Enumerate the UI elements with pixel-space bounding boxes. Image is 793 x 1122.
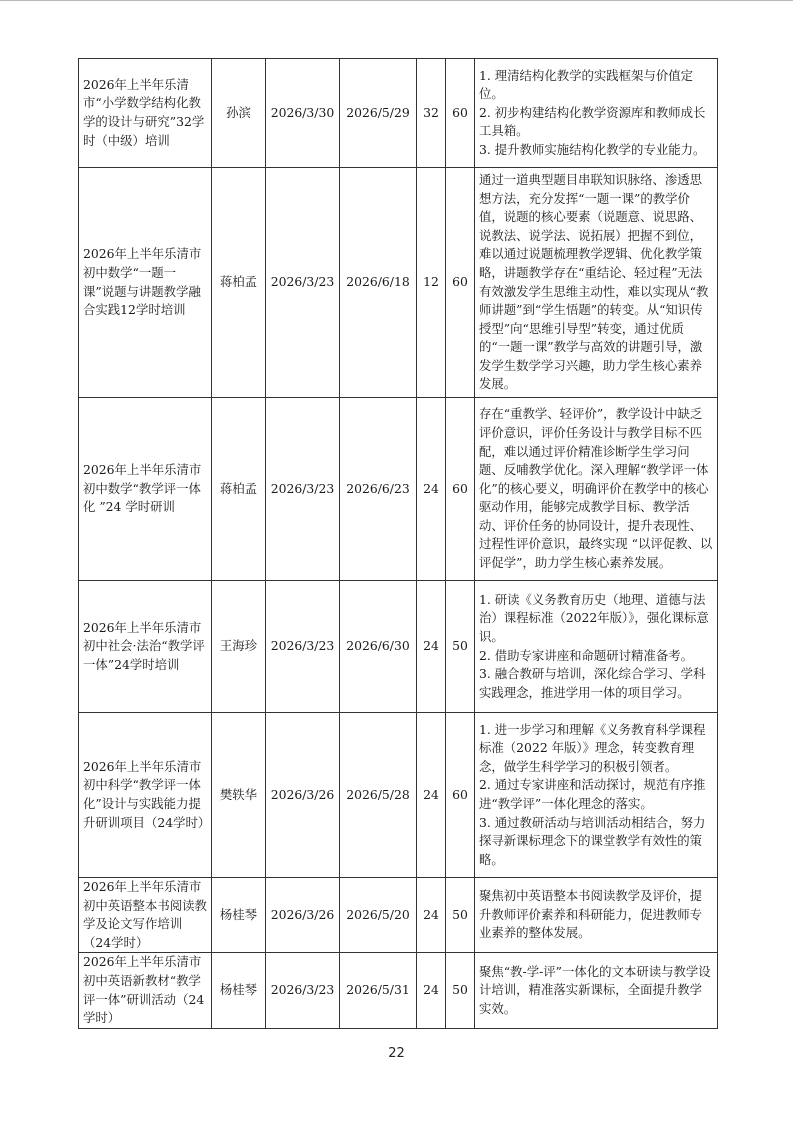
course-description: 1. 进一步学习和理解《义务教育科学课程标准（2022 年版）》理念，转变教育理… [475,713,718,878]
description-item: 聚焦初中英语整本书阅读教学及评价，提升教师评价素养和科研能力，促进教师专业素养的… [479,887,713,943]
page-number: 22 [0,1046,793,1061]
capacity: 50 [446,878,475,953]
description-item: 3. 融合教研与培训，深化综合学习、学科实践理念，推进学用一体的项目学习。 [479,665,713,702]
end-date: 2026/5/28 [340,713,417,878]
end-date: 2026/6/23 [340,398,417,581]
capacity: 60 [446,59,475,168]
table-row: 2026年上半年乐清市初中数学“一题一课”说题与讲题教学融合实践12学时培训 蒋… [79,168,718,398]
capacity: 50 [446,581,475,713]
start-date: 2026/3/23 [266,168,340,398]
start-date: 2026/3/26 [266,713,340,878]
capacity: 60 [446,398,475,581]
course-description: 通过一道典型题目串联知识脉络、渗透思想方法，充分发挥“一题一课”的教学价值，说题… [475,168,718,398]
teacher-name: 杨桂琴 [212,953,266,1028]
course-name: 2026年上半年乐清市初中科学“教学评一体化”设计与实践能力提升研训项目（24学… [79,713,212,878]
description-item: 1. 理清结构化教学的实践框架与价值定位。 [479,67,713,104]
description-item: 1. 进一步学习和理解《义务教育科学课程标准（2022 年版）》理念，转变教育理… [479,721,713,777]
teacher-name: 蒋柏孟 [212,398,266,581]
course-description: 1. 理清结构化教学的实践框架与价值定位。 2. 初步构建结构化教学资源库和教师… [475,59,718,168]
course-name: 2026年上半年乐清市初中数学“教学评一体化 ”24 学时研训 [79,398,212,581]
credit-hours: 24 [417,581,446,713]
table-row: 2026年上半年乐清市初中英语整本书阅读教学及论文写作培训（24学时） 杨桂琴 … [79,878,718,953]
table-row: 2026年上半年乐清市初中科学“教学评一体化”设计与实践能力提升研训项目（24学… [79,713,718,878]
start-date: 2026/3/30 [266,59,340,168]
end-date: 2026/5/31 [340,953,417,1028]
end-date: 2026/6/30 [340,581,417,713]
description-item: 3. 通过教研活动与培训活动相结合，努力探寻新课标理念下的课堂教学有效性的策略。 [479,814,713,870]
end-date: 2026/6/18 [340,168,417,398]
course-name: 2026年上半年乐清市初中数学“一题一课”说题与讲题教学融合实践12学时培训 [79,168,212,398]
description-item: 聚焦“教-学-评”一体化的文本研读与教学设计培训，精准落实新课标，全面提升教学实… [479,963,713,1019]
teacher-name: 孙滨 [212,59,266,168]
credit-hours: 24 [417,398,446,581]
teacher-name: 杨桂琴 [212,878,266,953]
capacity: 50 [446,953,475,1028]
course-description: 1. 研读《义务教育历史（地理、道德与法治）课程标准（2022年版）》，强化课标… [475,581,718,713]
start-date: 2026/3/23 [266,953,340,1028]
credit-hours: 12 [417,168,446,398]
description-item: 通过一道典型题目串联知识脉络、渗透思想方法，充分发挥“一题一课”的教学价值，说题… [479,171,713,394]
start-date: 2026/3/26 [266,878,340,953]
start-date: 2026/3/23 [266,581,340,713]
end-date: 2026/5/20 [340,878,417,953]
course-description: 聚焦“教-学-评”一体化的文本研读与教学设计培训，精准落实新课标，全面提升教学实… [475,953,718,1028]
start-date: 2026/3/23 [266,398,340,581]
course-name: 2026年上半年乐清市“小学数学结构化教学的设计与研究”32学时（中级）培训 [79,59,212,168]
course-name: 2026年上半年乐清市初中社会·法治“教学评一体”24学时培训 [79,581,212,713]
teacher-name: 蒋柏孟 [212,168,266,398]
credit-hours: 24 [417,953,446,1028]
description-item: 3. 提升教师实施结构化教学的专业能力。 [479,141,713,160]
credit-hours: 24 [417,878,446,953]
teacher-name: 王海珍 [212,581,266,713]
training-table: 2026年上半年乐清市“小学数学结构化教学的设计与研究”32学时（中级）培训 孙… [78,58,718,1029]
credit-hours: 32 [417,59,446,168]
capacity: 60 [446,168,475,398]
course-description: 存在“重教学、轻评价”，教学设计中缺乏评价意识，评价任务设计与教学目标不匹配，难… [475,398,718,581]
description-item: 2. 通过专家讲座和活动探讨，规范有序推进“教学评”一体化理念的落实。 [479,776,713,813]
credit-hours: 24 [417,713,446,878]
description-item: 存在“重教学、轻评价”，教学设计中缺乏评价意识，评价任务设计与教学目标不匹配，难… [479,405,713,572]
table-row: 2026年上半年乐清市初中社会·法治“教学评一体”24学时培训 王海珍 2026… [79,581,718,713]
teacher-name: 樊轶华 [212,713,266,878]
capacity: 60 [446,713,475,878]
table-row: 2026年上半年乐清市“小学数学结构化教学的设计与研究”32学时（中级）培训 孙… [79,59,718,168]
description-item: 2. 初步构建结构化教学资源库和教师成长工具箱。 [479,104,713,141]
end-date: 2026/5/29 [340,59,417,168]
description-item: 2. 借助专家讲座和命题研讨精准备考。 [479,647,713,666]
table-row: 2026年上半年乐清市初中英语新教材“教学评一体”研训活动（24学时） 杨桂琴 … [79,953,718,1028]
page-top-rule [0,0,793,1]
course-name: 2026年上半年乐清市初中英语整本书阅读教学及论文写作培训（24学时） [79,878,212,953]
course-description: 聚焦初中英语整本书阅读教学及评价，提升教师评价素养和科研能力，促进教师专业素养的… [475,878,718,953]
table-row: 2026年上半年乐清市初中数学“教学评一体化 ”24 学时研训 蒋柏孟 2026… [79,398,718,581]
description-item: 1. 研读《义务教育历史（地理、道德与法治）课程标准（2022年版）》，强化课标… [479,591,713,647]
course-name: 2026年上半年乐清市初中英语新教材“教学评一体”研训活动（24学时） [79,953,212,1028]
